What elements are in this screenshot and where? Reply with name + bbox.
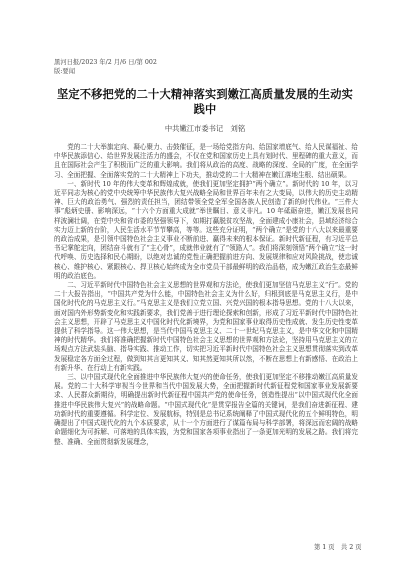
article-body: 党的二十大举旗定向、凝心聚力、击鼓催征，是一场给党指方向、给国家增底气、给人民谋… xyxy=(54,143,358,447)
paragraph-intro: 党的二十大举旗定向、凝心聚力、击鼓催征，是一场给党指方向、给国家增底气、给人民谋… xyxy=(54,143,358,180)
paragraph-section-2: 二、习近平新时代中国特色社会主义思想的世界观和方法论，使我们更加坚信马克思主义“… xyxy=(54,281,358,373)
paragraph-section-3: 三、以中国式现代化全面推进中华民族伟大复兴的使命任务，使我们更加坚定不移推动嫩江… xyxy=(54,373,358,447)
section-line: 版:要闻 xyxy=(54,67,157,76)
page-number: 第 1 页 共 2 页 xyxy=(314,542,362,551)
publication-meta: 黑河日报/2023 年/2 月/6 日/第 002 版:要闻 xyxy=(54,58,157,76)
document-page: 黑河日报/2023 年/2 月/6 日/第 002 版:要闻 坚定不移把党的二十… xyxy=(0,0,410,580)
source-line: 黑河日报/2023 年/2 月/6 日/第 002 xyxy=(54,58,157,67)
article-title: 坚定不移把党的二十大精神落实到嫩江高质量发展的生动实践中 xyxy=(52,87,358,117)
paragraph-section-1: 一、新时代 10 年的伟大变革和辉煌成就，使我们更加坚定拥护“两个确立”。新时代… xyxy=(54,180,358,281)
article-author: 中共嫩江市委书记 刘铭 xyxy=(0,124,410,134)
